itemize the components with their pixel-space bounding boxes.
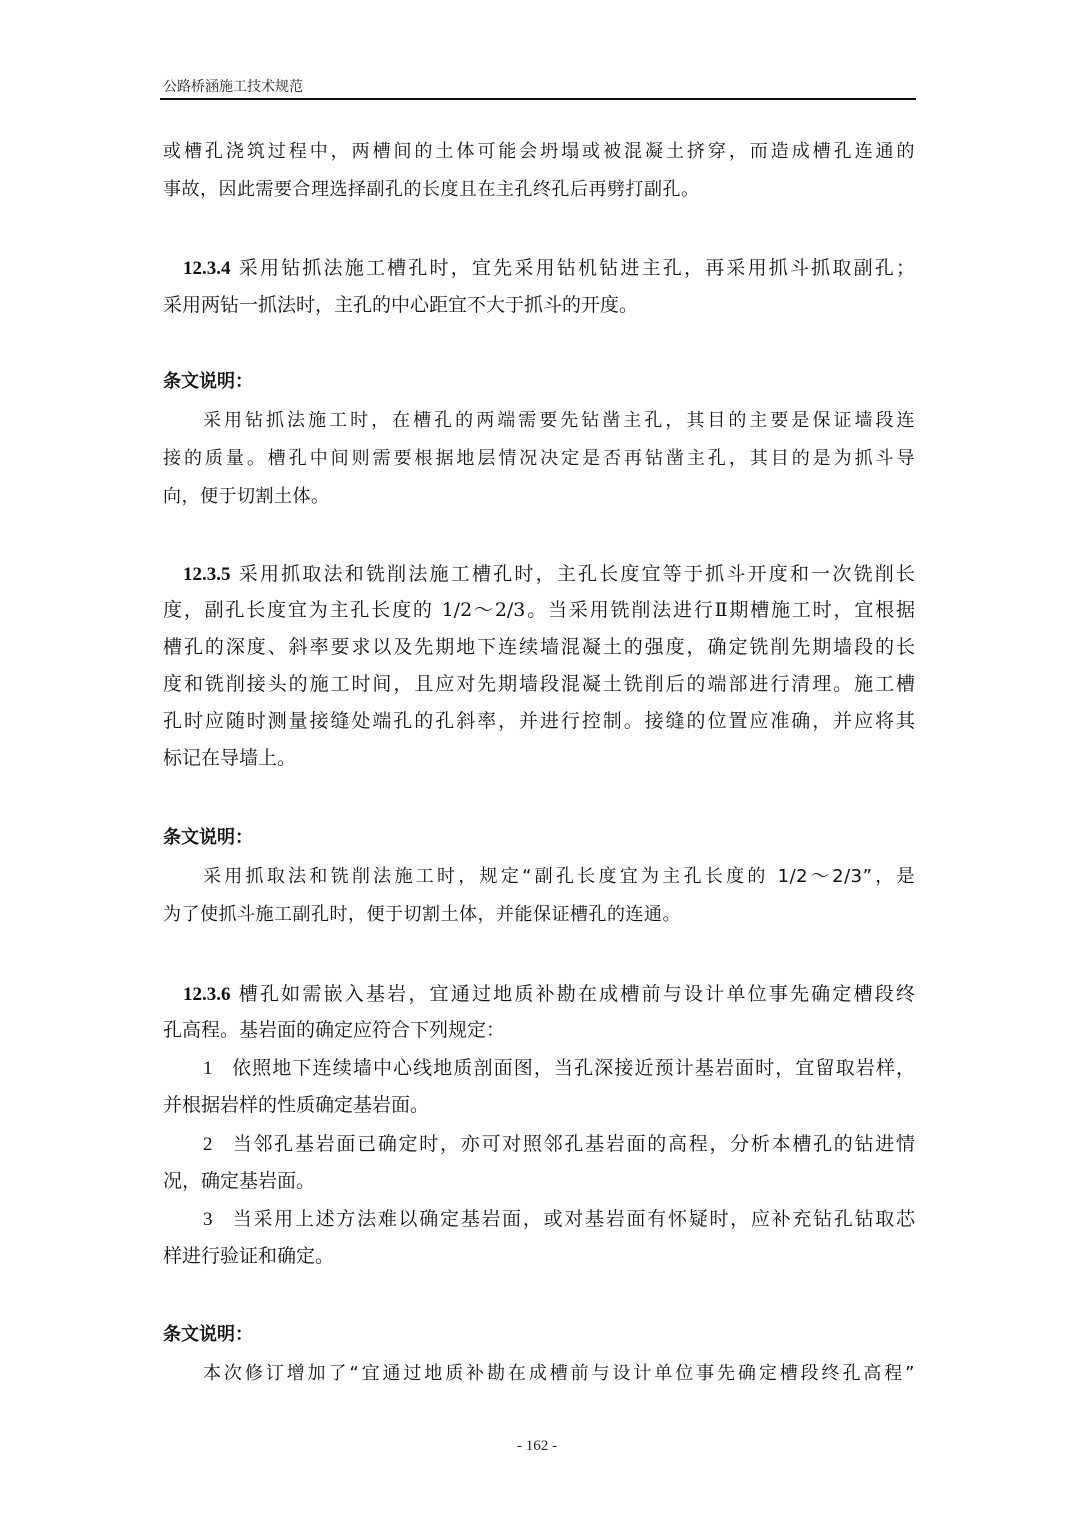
clause-12-3-5-line: 孔时应随时测量接缝处端孔的孔斜率，并进行控制。接缝的位置应准确，并应将其 [163,709,915,733]
continuation-line: 或槽孔浇筑过程中，两槽间的土体可能会坍塌或被混凝土挤穿，而造成槽孔连通的 [163,140,915,164]
clause-12-3-6-line: 孔高程。基岩面的确定应符合下列规定： [163,1018,915,1042]
list-item-1-cont: 并根据岩样的性质确定基岩面。 [163,1093,915,1117]
clause-number: 12.3.6 [183,984,231,1005]
clause-number: 12.3.5 [183,564,231,585]
item-number: 2 [203,1133,231,1157]
explanation-title: 条文说明： [163,826,253,850]
explanation-line: 为了使抓斗施工副孔时，便于切割土体，并能保证槽孔的连通。 [163,903,915,927]
list-item-3-cont: 样进行验证和确定。 [163,1244,915,1268]
clause-12-3-5-line: 度，副孔长度宜为主孔长度的 1/2～2/3。当采用铣削法进行Ⅱ期槽施工时，宜根据 [163,598,915,622]
clause-12-3-6-line: 12.3.6 槽孔如需嵌入基岩，宜通过地质补勘在成槽前与设计单位事先确定槽段终 [183,982,915,1007]
explanation-line: 采用抓取法和铣削法施工时，规定“副孔长度宜为主孔长度的 1/2～2/3”，是 [203,865,915,889]
clause-12-3-4-line: 12.3.4 采用钻抓法施工槽孔时，宜先采用钻机钻进主孔，再采用抓斗抓取副孔； [183,256,915,281]
list-item-3: 3当采用上述方法难以确定基岩面，或对基岩面有怀疑时，应补充钻孔钻取芯 [203,1207,915,1232]
item-number: 1 [203,1057,231,1081]
explanation-title: 条文说明： [163,1323,253,1347]
clause-12-3-5-line: 槽孔的深度、斜率要求以及先期地下连续墙混凝土的强度，确定铣削先期墙段的长 [163,635,915,659]
clause-12-3-5-line: 12.3.5 采用抓取法和铣削法施工槽孔时，主孔长度宜等于抓斗开度和一次铣削长 [183,562,915,587]
list-item-1: 1依照地下连续墙中心线地质剖面图，当孔深接近预计基岩面时，宜留取岩样， [203,1056,915,1081]
clause-12-3-4-line: 采用两钻一抓法时，主孔的中心距宜不大于抓斗的开度。 [163,293,915,317]
running-header-title: 公路桥涵施工技术规范 [163,76,303,96]
continuation-line: 事故，因此需要合理选择副孔的长度且在主孔终孔后再劈打副孔。 [163,178,915,202]
page-number: - 162 - [0,1438,1074,1455]
list-item-2: 2当邻孔基岩面已确定时，亦可对照邻孔基岩面的高程，分析本槽孔的钻进情 [203,1132,915,1157]
header-divider [160,98,916,100]
clause-12-3-5-line: 标记在导墙上。 [163,746,915,770]
explanation-line: 接的质量。槽孔中间则需要根据地层情况决定是否再钻凿主孔，其目的是为抓斗导 [163,447,915,471]
item-number: 3 [203,1208,231,1232]
explanation-title: 条文说明： [163,370,253,394]
list-item-2-cont: 况，确定基岩面。 [163,1169,915,1193]
explanation-line: 向，便于切割土体。 [163,485,915,509]
clause-number: 12.3.4 [183,258,231,279]
document-page: 公路桥涵施工技术规范 或槽孔浇筑过程中，两槽间的土体可能会坍塌或被混凝土挤穿，而… [0,0,1074,1520]
clause-12-3-5-line: 度和铣削接头的施工时间，且应对先期墙段混凝土铣削后的端部进行清理。施工槽 [163,672,915,696]
explanation-line: 采用钻抓法施工时，在槽孔的两端需要先钻凿主孔，其目的主要是保证墙段连 [203,409,915,433]
explanation-line: 本次修订增加了“宜通过地质补勘在成槽前与设计单位事先确定槽段终孔高程” [203,1362,915,1386]
